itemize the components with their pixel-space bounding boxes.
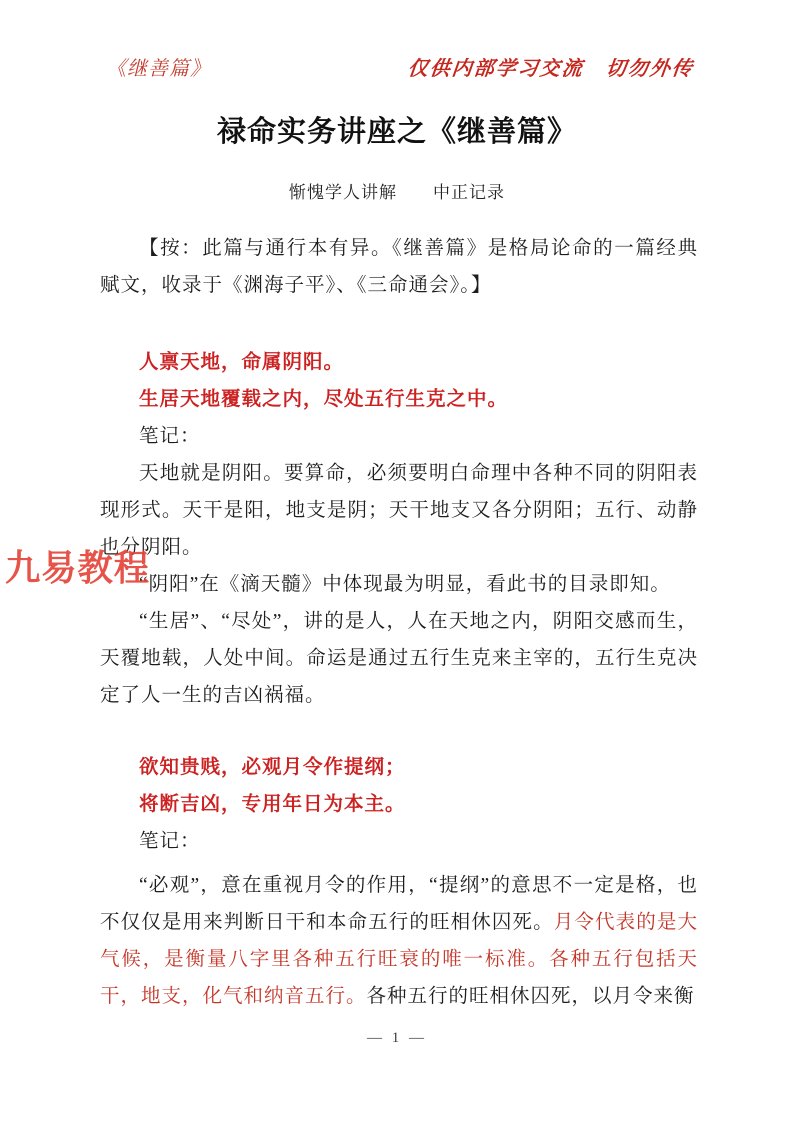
page-title: 禄命实务讲座之《继善篇》 bbox=[0, 110, 794, 154]
quote-line-2: 将断吉凶，专用年日为本主。 bbox=[139, 786, 698, 823]
editor-note: 【按：此篇与通行本有异。《继善篇》是格局论命的一篇经典赋文，收录于《渊海子平》、… bbox=[100, 230, 698, 304]
notes-label: 笔记： bbox=[100, 418, 698, 455]
note-paragraph: “生居”、“尽处”，讲的是人，人在天地之内，阴阳交感而生，天覆地载，人处中间。命… bbox=[100, 603, 698, 714]
quote-line-2: 生居天地覆载之内，尽处五行生克之中。 bbox=[139, 381, 698, 418]
note-paragraph-mixed: “必观”，意在重视月令的作用，“提纲”的意思不一定是格，也不仅仅是用来判断日干和… bbox=[100, 867, 698, 1015]
paragraph-segment-black: 各种五行的旺相休囚死，以月令来衡 bbox=[367, 986, 695, 1007]
section-yin-yang: 人禀天地，命属阴阳。 生居天地覆载之内，尽处五行生克之中。 笔记： 天地就是阴阳… bbox=[100, 344, 698, 714]
quote-line-1: 人禀天地，命属阴阳。 bbox=[139, 344, 698, 381]
quote-block: 人禀天地，命属阴阳。 生居天地覆载之内，尽处五行生克之中。 bbox=[100, 344, 698, 418]
byline: 惭愧学人讲解 中正记录 bbox=[0, 178, 794, 208]
note-paragraph: 天地就是阴阳。要算命，必须要明白命理中各种不同的阴阳表现形式。天干是阳，地支是阴… bbox=[100, 455, 698, 566]
note-paragraph: “阴阳”在《滴天髓》中体现最为明显，看此书的目录即知。 bbox=[100, 566, 698, 603]
quote-block: 欲知贵贱，必观月令作提纲； 将断吉凶，专用年日为本主。 bbox=[100, 749, 698, 823]
running-title: 《继善篇》 bbox=[106, 52, 211, 81]
page-number: — 1 — bbox=[0, 1030, 794, 1047]
section-yue-ling: 欲知贵贱，必观月令作提纲； 将断吉凶，专用年日为本主。 笔记： “必观”，意在重… bbox=[100, 749, 698, 1015]
calligraphy-motto: 仅供内部学习交流 切勿外传 bbox=[406, 52, 695, 81]
document-page: 《继善篇》 仅供内部学习交流 切勿外传 禄命实务讲座之《继善篇》 惭愧学人讲解 … bbox=[0, 0, 794, 1123]
quote-line-1: 欲知贵贱，必观月令作提纲； bbox=[139, 749, 698, 786]
page-header: 《继善篇》 仅供内部学习交流 切勿外传 bbox=[106, 52, 694, 81]
watermark: 九易教程 bbox=[5, 540, 150, 591]
notes-label: 笔记： bbox=[100, 823, 698, 860]
